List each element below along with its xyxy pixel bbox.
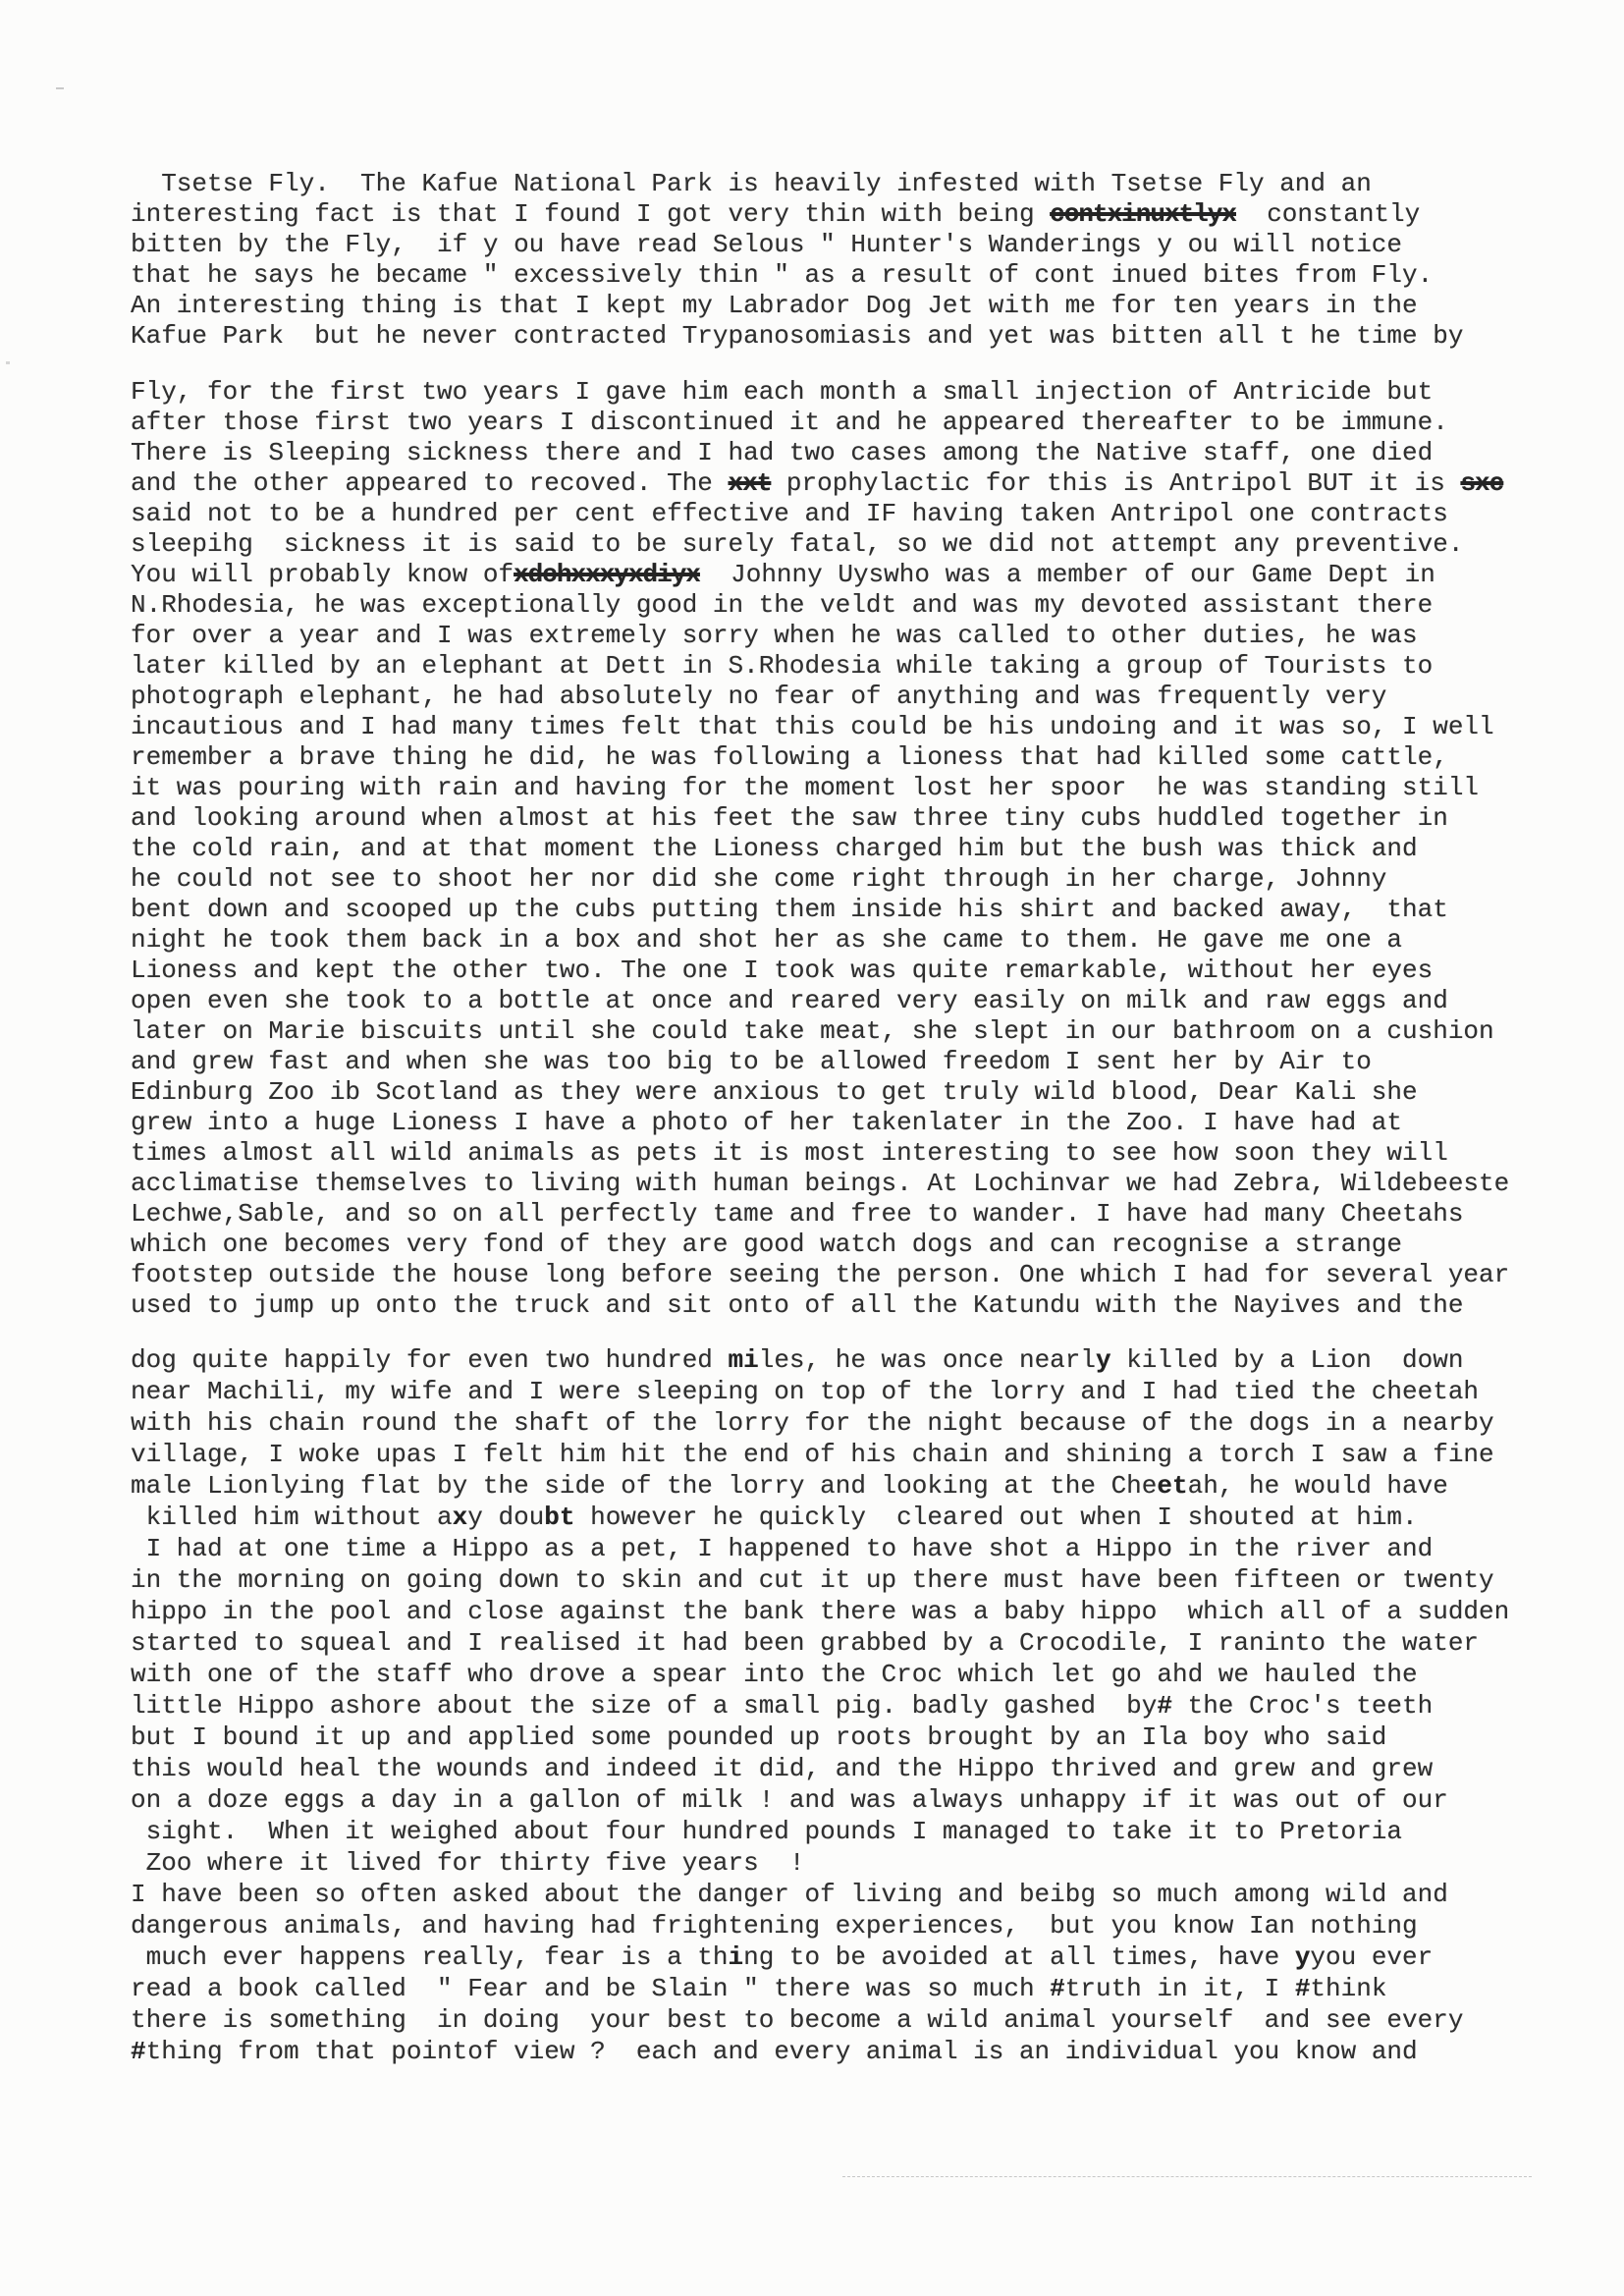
paragraph: Fly, for the first two years I gave him … <box>131 377 1564 1321</box>
text-line: and the other appeared to recoved. The x… <box>131 468 1564 499</box>
text-line: for over a year and I was extremely sorr… <box>131 621 1564 651</box>
text-line: it was pouring with rain and having for … <box>131 773 1564 803</box>
text-line: after those first two years I discontinu… <box>131 408 1564 438</box>
document-page: Tsetse Fly. The Kafue National Park is h… <box>0 0 1624 2296</box>
text-line: There is Sleeping sickness there and I h… <box>131 438 1564 468</box>
text-line: photograph elephant, he had absolutely n… <box>131 682 1564 712</box>
text-line: with one of the staff who drove a spear … <box>131 1659 1564 1690</box>
scan-speck <box>6 361 10 364</box>
text-line: the cold rain, and at that moment the Li… <box>131 834 1564 864</box>
text-line: much ever happens really, fear is a thin… <box>131 1941 1564 1973</box>
text-line: Zoo where it lived for thirty five years… <box>131 1847 1564 1879</box>
text-line: acclimatise themselves to living with hu… <box>131 1169 1564 1199</box>
text-line: Kafue Park but he never contracted Trypa… <box>131 321 1564 352</box>
text-line: remember a brave thing he did, he was fo… <box>131 742 1564 773</box>
text-line: on a doze eggs a day in a gallon of milk… <box>131 1784 1564 1816</box>
text-line: I have been so often asked about the dan… <box>131 1879 1564 1910</box>
text-line: with his chain round the shaft of the lo… <box>131 1407 1564 1439</box>
text-line: N.Rhodesia, he was exceptionally good in… <box>131 590 1564 621</box>
text-line: times almost all wild animals as pets it… <box>131 1138 1564 1169</box>
text-line: and grew fast and when she was too big t… <box>131 1047 1564 1077</box>
text-line: open even she took to a bottle at once a… <box>131 986 1564 1016</box>
text-line: Edinburg Zoo ib Scotland as they were an… <box>131 1077 1564 1108</box>
scan-speck <box>56 87 64 89</box>
scan-fold-line <box>842 2176 1532 2177</box>
text-line: sleepihg sickness it is said to be surel… <box>131 529 1564 560</box>
text-line: I had at one time a Hippo as a pet, I ha… <box>131 1533 1564 1564</box>
text-line: bent down and scooped up the cubs puttin… <box>131 895 1564 925</box>
text-line: night he took them back in a box and sho… <box>131 925 1564 956</box>
text-line: village, I woke upas I felt him hit the … <box>131 1439 1564 1470</box>
text-line: sight. When it weighed about four hundre… <box>131 1816 1564 1847</box>
text-line: used to jump up onto the truck and sit o… <box>131 1290 1564 1321</box>
text-line: male Lionlying flat by the side of the l… <box>131 1470 1564 1502</box>
text-line: there is something in doing your best to… <box>131 2004 1564 2036</box>
text-line: Lioness and kept the other two. The one … <box>131 956 1564 986</box>
text-line: little Hippo ashore about the size of a … <box>131 1690 1564 1722</box>
text-line: he could not see to shoot her nor did sh… <box>131 864 1564 895</box>
text-line: said not to be a hundred per cent effect… <box>131 499 1564 529</box>
text-line: read a book called " Fear and be Slain "… <box>131 1973 1564 2004</box>
text-line: and looking around when almost at his fe… <box>131 803 1564 834</box>
text-line: near Machili, my wife and I were sleepin… <box>131 1376 1564 1407</box>
text-line: footstep outside the house long before s… <box>131 1260 1564 1290</box>
paragraph: dog quite happily for even two hundred m… <box>131 1344 1564 1564</box>
text-line: You will probably know ofxdohxxxyxdiyx J… <box>131 560 1564 590</box>
text-line: Fly, for the first two years I gave him … <box>131 377 1564 408</box>
text-line: bitten by the Fly, if y ou have read Sel… <box>131 230 1564 260</box>
text-line: dangerous animals, and having had fright… <box>131 1910 1564 1941</box>
text-line: in the morning on going down to skin and… <box>131 1564 1564 1596</box>
paragraph: in the morning on going down to skin and… <box>131 1564 1564 2067</box>
text-line: hippo in the pool and close against the … <box>131 1596 1564 1627</box>
text-line: started to squeal and I realised it had … <box>131 1627 1564 1659</box>
text-line: that he says he became " excessively thi… <box>131 260 1564 291</box>
text-line: later killed by an elephant at Dett in S… <box>131 651 1564 682</box>
text-line: Lechwe,Sable, and so on all perfectly ta… <box>131 1199 1564 1230</box>
text-line: but I bound it up and applied some pound… <box>131 1722 1564 1753</box>
text-line: killed him without axy doubt however he … <box>131 1502 1564 1533</box>
text-line: #thing from that pointof view ? each and… <box>131 2036 1564 2067</box>
text-line: Tsetse Fly. The Kafue National Park is h… <box>131 169 1564 199</box>
text-line: later on Marie biscuits until she could … <box>131 1016 1564 1047</box>
paragraph: Tsetse Fly. The Kafue National Park is h… <box>131 169 1564 352</box>
text-line: incautious and I had many times felt tha… <box>131 712 1564 742</box>
document-text: Tsetse Fly. The Kafue National Park is h… <box>131 169 1564 2067</box>
text-line: this would heal the wounds and indeed it… <box>131 1753 1564 1784</box>
text-line: grew into a huge Lioness I have a photo … <box>131 1108 1564 1138</box>
text-line: dog quite happily for even two hundred m… <box>131 1344 1564 1376</box>
text-line: which one becomes very fond of they are … <box>131 1230 1564 1260</box>
text-line: An interesting thing is that I kept my L… <box>131 291 1564 321</box>
text-line: interesting fact is that I found I got v… <box>131 199 1564 230</box>
